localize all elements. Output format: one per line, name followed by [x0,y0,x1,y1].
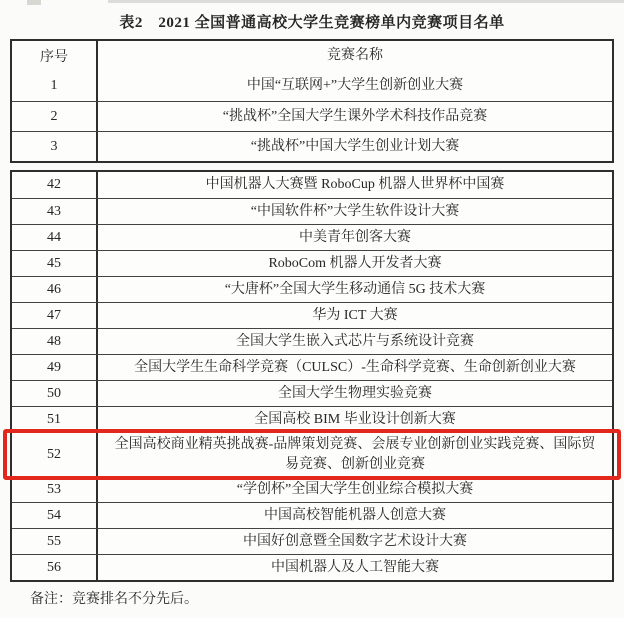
row-number-cell: 47 [12,303,98,328]
scan-artifact [108,0,624,3]
row-number-cell: 49 [12,355,98,380]
row-name-cell: RoboCom 机器人开发者大赛 [98,251,612,276]
section-rows: 1 中国“互联网+”大学生创新创业大赛 2 “挑战杯”全国大学生课外学术科技作品… [12,71,612,161]
table-row: 52 全国高校商业精英挑战赛-品牌策划竞赛、会展专业创新创业实践竞赛、国际贸易竞… [12,432,612,476]
row-number-cell: 43 [12,199,98,224]
table-row: 1 中国“互联网+”大学生创新创业大赛 [12,71,612,101]
table-row: 56 中国机器人及人工智能大赛 [12,554,612,580]
table-row: 51 全国高校 BIM 毕业设计创新大赛 [12,406,612,432]
table-row: 45 RoboCom 机器人开发者大赛 [12,250,612,276]
row-number-cell: 42 [12,172,98,198]
table-header-row: 序号 竞赛名称 [12,41,612,71]
page-title: 表2 2021 全国普通高校大学生竞赛榜单内竞赛项目名单 [0,0,624,32]
row-number-cell: 56 [12,555,98,580]
row-name-cell: “挑战杯”全国大学生课外学术科技作品竞赛 [98,102,612,131]
row-number-cell: 55 [12,529,98,554]
row-number-cell: 53 [12,477,98,502]
table-row: 44 中美青年创客大赛 [12,224,612,250]
row-number-cell: 48 [12,329,98,354]
table-row: 54 中国高校智能机器人创意大赛 [12,502,612,528]
table-row: 49 全国大学生生命科学竞赛（CULSC）-生命科学竞赛、生命创新创业大赛 [12,354,612,380]
row-name-cell: “挑战杯”中国大学生创业计划大赛 [98,132,612,161]
row-number-cell: 54 [12,503,98,528]
row-number-cell: 46 [12,277,98,302]
row-name-cell: 中美青年创客大赛 [98,225,612,250]
section-rows: 42 中国机器人大赛暨 RoboCup 机器人世界杯中国赛 43 “中国软件杯”… [12,172,612,580]
row-number-cell: 2 [12,102,98,131]
table-row: 55 中国好创意暨全国数字艺术设计大赛 [12,528,612,554]
row-name-cell: 全国大学生物理实验竞赛 [98,381,612,406]
table-row: 3 “挑战杯”中国大学生创业计划大赛 [12,131,612,161]
competition-table: 序号 竞赛名称 1 中国“互联网+”大学生创新创业大赛 2 “挑战杯”全国大学生… [10,39,614,582]
row-name-cell: 华为 ICT 大赛 [98,303,612,328]
row-number-cell: 44 [12,225,98,250]
row-name-cell: 全国大学生生命科学竞赛（CULSC）-生命科学竞赛、生命创新创业大赛 [98,355,612,380]
column-header-no: 序号 [12,41,98,71]
table-row: 48 全国大学生嵌入式芯片与系统设计竞赛 [12,328,612,354]
row-name-cell: 中国“互联网+”大学生创新创业大赛 [98,71,612,101]
row-name-cell: “学创杯”全国大学生创业综合模拟大赛 [98,477,612,502]
row-name-cell: 中国好创意暨全国数字艺术设计大赛 [98,529,612,554]
table-row: 53 “学创杯”全国大学生创业综合模拟大赛 [12,476,612,502]
table-section: 序号 竞赛名称 1 中国“互联网+”大学生创新创业大赛 2 “挑战杯”全国大学生… [10,39,614,163]
row-number-cell: 45 [12,251,98,276]
note-text: 备注：竞赛排名不分先后。 [30,588,624,608]
table-row: 47 华为 ICT 大赛 [12,302,612,328]
row-number-cell: 52 [12,433,98,476]
row-name-cell: 中国机器人及人工智能大赛 [98,555,612,580]
row-number-cell: 3 [12,132,98,161]
row-name-cell: 全国高校商业精英挑战赛-品牌策划竞赛、会展专业创新创业实践竞赛、国际贸易竞赛、创… [98,433,612,476]
row-name-cell: 全国高校 BIM 毕业设计创新大赛 [98,407,612,432]
row-number-cell: 50 [12,381,98,406]
row-number-cell: 51 [12,407,98,432]
scan-artifact [27,0,41,5]
row-number-cell: 1 [12,71,98,101]
row-name-cell: 中国机器人大赛暨 RoboCup 机器人世界杯中国赛 [98,172,612,198]
table-row: 42 中国机器人大赛暨 RoboCup 机器人世界杯中国赛 [12,172,612,198]
table-row: 2 “挑战杯”全国大学生课外学术科技作品竞赛 [12,101,612,131]
table-row: 46 “大唐杯”全国大学生移动通信 5G 技术大赛 [12,276,612,302]
table-section: 42 中国机器人大赛暨 RoboCup 机器人世界杯中国赛 43 “中国软件杯”… [10,170,614,582]
row-name-cell: “中国软件杯”大学生软件设计大赛 [98,199,612,224]
table-row: 43 “中国软件杯”大学生软件设计大赛 [12,198,612,224]
row-name-cell: 全国大学生嵌入式芯片与系统设计竞赛 [98,329,612,354]
column-header-name: 竞赛名称 [98,41,612,71]
table-sections: 序号 竞赛名称 1 中国“互联网+”大学生创新创业大赛 2 “挑战杯”全国大学生… [10,39,614,582]
row-name-cell: “大唐杯”全国大学生移动通信 5G 技术大赛 [98,277,612,302]
row-name-cell: 中国高校智能机器人创意大赛 [98,503,612,528]
table-row: 50 全国大学生物理实验竞赛 [12,380,612,406]
document-page: 表2 2021 全国普通高校大学生竞赛榜单内竞赛项目名单 序号 竞赛名称 1 中… [0,0,624,618]
